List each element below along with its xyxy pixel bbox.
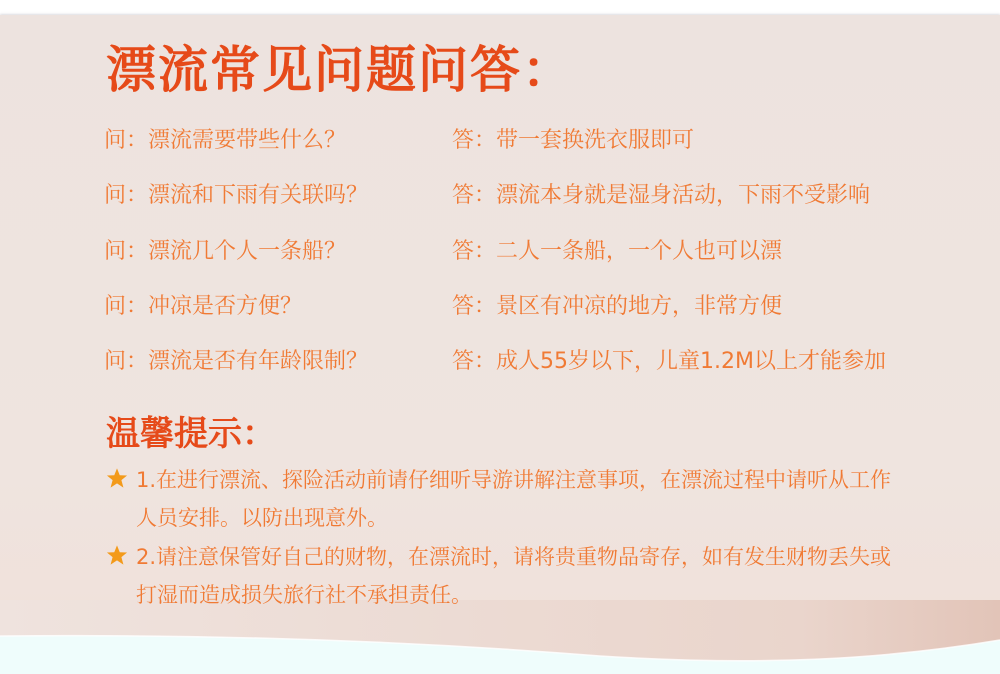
tips-title: 温馨提示： — [106, 412, 276, 456]
tip-text: 1.在进行漂流、探险活动前请仔细听导游讲解注意事项，在漂流过程中请听从工作人员安… — [136, 461, 906, 537]
faq-question: 问：冲凉是否方便？ — [104, 292, 302, 322]
star-icon — [106, 544, 128, 566]
faq-answer: 答：景区有冲凉的地方，非常方便 — [452, 292, 782, 322]
faq-question: 问：漂流几个人一条船？ — [104, 237, 346, 267]
tip-item: 1.在进行漂流、探险活动前请仔细听导游讲解注意事项，在漂流过程中请听从工作人员安… — [106, 461, 906, 537]
faq-question: 问：漂流和下雨有关联吗？ — [104, 181, 368, 211]
faq-answer: 答：漂流本身就是湿身活动，下雨不受影响 — [452, 181, 870, 211]
faq-answer: 答：二人一条船，一个人也可以漂 — [452, 237, 782, 267]
tip-item: 2.请注意保管好自己的财物，在漂流时，请将贵重物品寄存，如有发生财物丢失或打湿而… — [106, 538, 906, 614]
faq-answer: 答：带一套换洗衣服即可 — [452, 126, 694, 156]
tip-text: 2.请注意保管好自己的财物，在漂流时，请将贵重物品寄存，如有发生财物丢失或打湿而… — [136, 538, 906, 614]
faq-answer: 答：成人55岁以下，儿童1.2M以上才能参加 — [452, 347, 886, 377]
faq-title: 漂流常见问题问答： — [106, 38, 574, 102]
star-icon — [106, 467, 128, 489]
faq-question: 问：漂流是否有年龄限制？ — [104, 347, 368, 377]
faq-question: 问：漂流需要带些什么？ — [104, 126, 346, 156]
